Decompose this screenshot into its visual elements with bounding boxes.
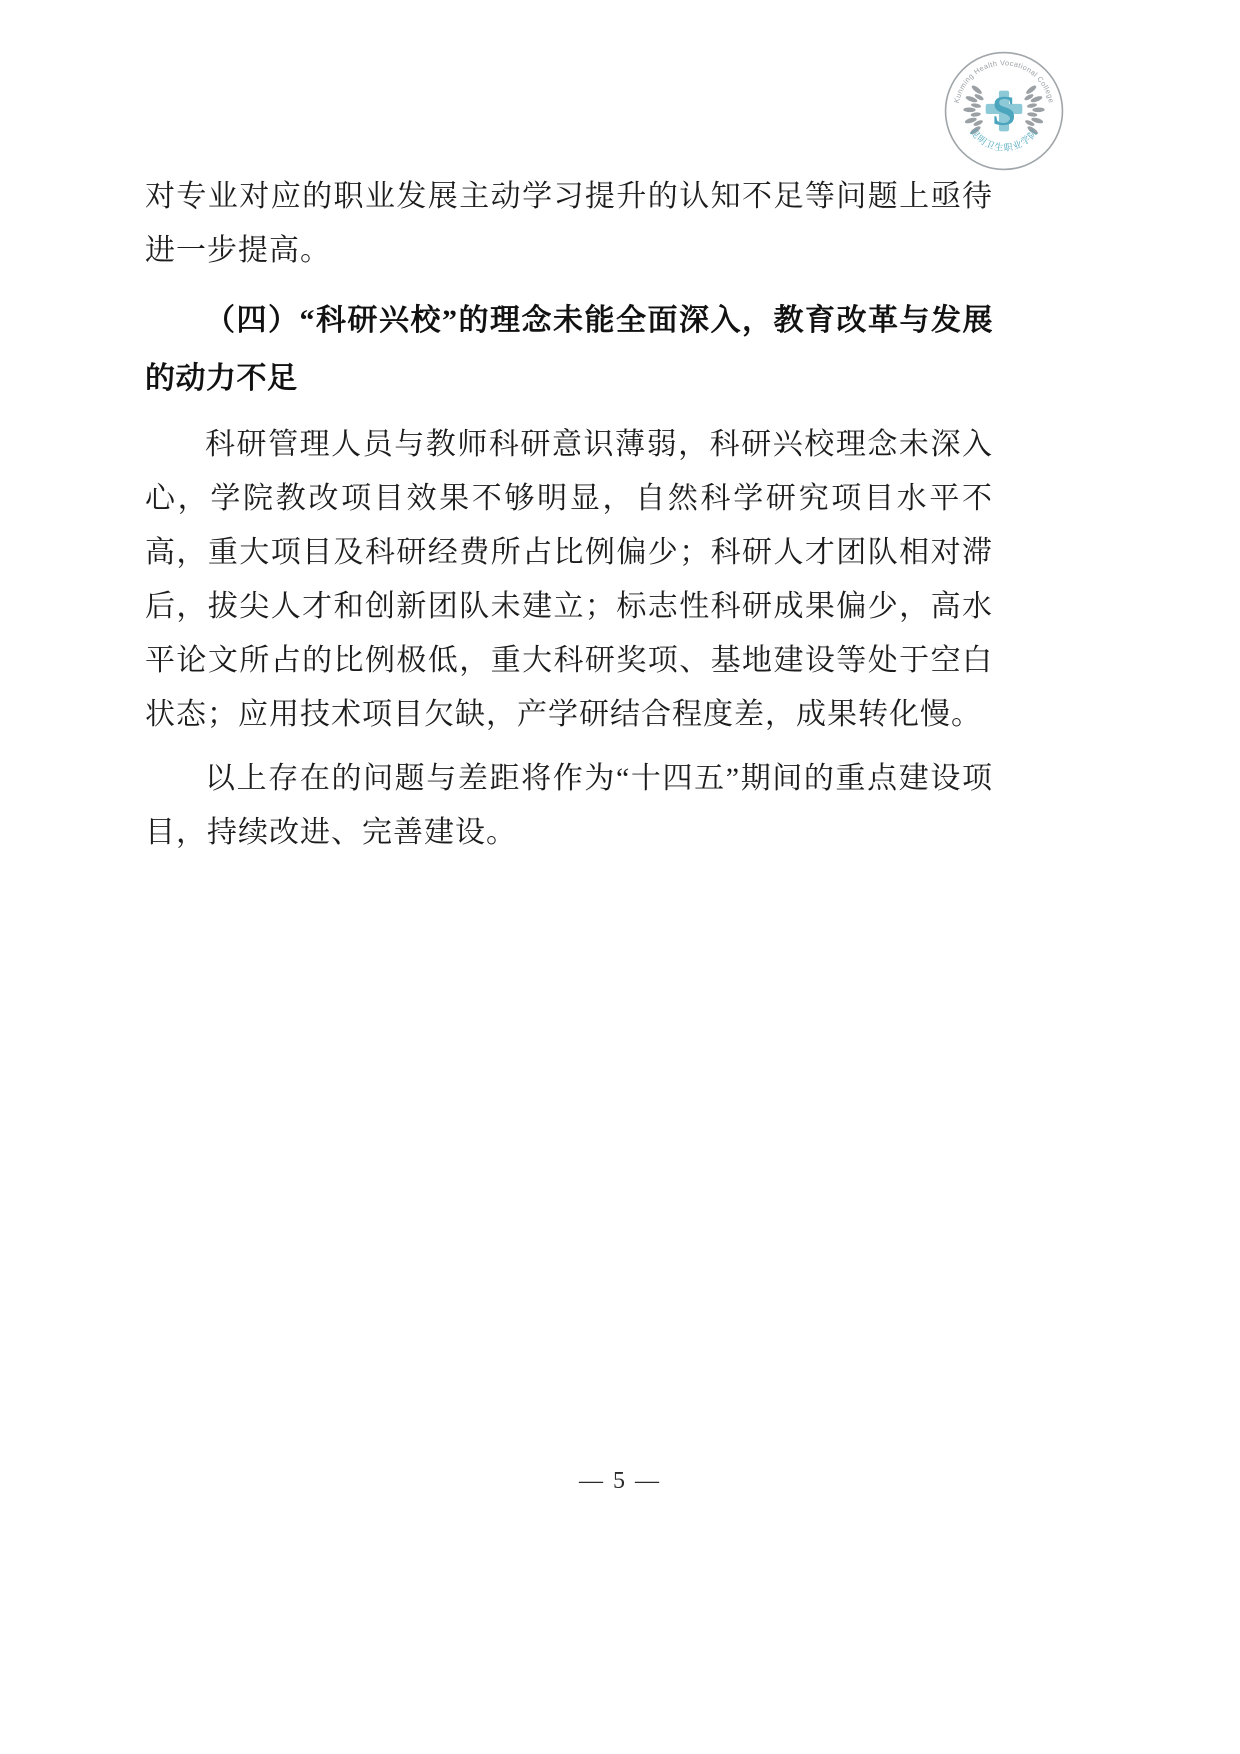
dragon-s-emblem-icon: S (986, 88, 1023, 135)
document-body: 对专业对应的职业发展主动学习提升的认知不足等问题上亟待进一步提高。 （四）“科研… (145, 170, 993, 860)
college-seal-icon: Kunming Health Vocational College (943, 50, 1065, 172)
page-number: — 5 — (0, 1468, 1240, 1495)
svg-text:S: S (992, 88, 1016, 135)
document-page: Kunming Health Vocational College (0, 0, 1240, 1754)
section-heading-four: （四）“科研兴校”的理念未能全面深入，教育改革与发展的动力不足 (145, 292, 993, 408)
paragraph-continuation: 对专业对应的职业发展主动学习提升的认知不足等问题上亟待进一步提高。 (145, 170, 993, 278)
paragraph-conclusion: 以上存在的问题与差距将作为“十四五”期间的重点建设项目，持续改进、完善建设。 (145, 752, 993, 860)
paragraph-research-issues: 科研管理人员与教师科研意识薄弱，科研兴校理念未深入心，学院教改项目效果不够明显，… (145, 418, 993, 742)
laurel-left-icon (963, 84, 984, 136)
laurel-right-icon (1023, 84, 1044, 136)
college-seal-logo: Kunming Health Vocational College (943, 50, 1065, 172)
